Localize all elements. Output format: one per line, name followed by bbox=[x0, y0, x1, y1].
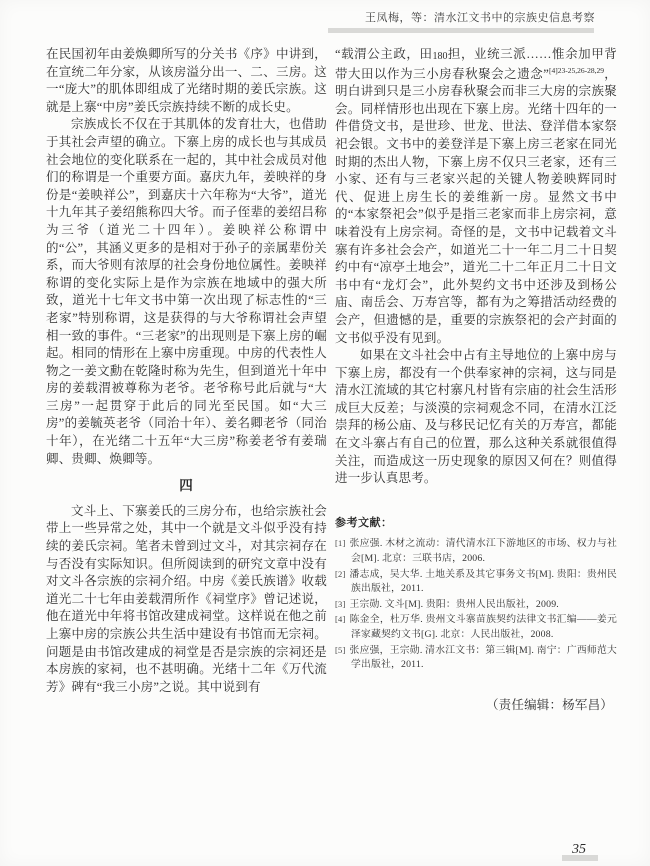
reference-item: [3]王宗勋. 文斗[M]. 贵阳：贵州人民出版社，2009. bbox=[335, 597, 617, 613]
reference-label: [1] bbox=[335, 538, 346, 548]
header-rule bbox=[328, 28, 594, 33]
reference-text: 张应强. 木材之流动：清代清水江下游地区的市场、权力与社会[M]. 北京：三联书… bbox=[350, 538, 617, 564]
reference-item: [1]张应强. 木材之流动：清代清水江下游地区的市场、权力与社会[M]. 北京：… bbox=[335, 536, 617, 566]
quote-field-number: 180 bbox=[433, 51, 448, 62]
editor-note: （责任编辑：杨军昌） bbox=[335, 697, 617, 715]
reference-item: [2]潘志成，吴大华. 土地关系及其它事务文书[M]. 贵阳：贵州民族出版社，2… bbox=[335, 567, 617, 597]
left-column: 在民国初年由姜焕卿所写的分关书《序》中讲到，在宣统二年分家，从该房溢分出一、二、… bbox=[46, 46, 327, 696]
reference-text: 王宗勋. 文斗[M]. 贵阳：贵州人民出版社，2009. bbox=[350, 599, 559, 610]
reference-label: [2] bbox=[335, 569, 346, 579]
running-title: 王凤梅，等：清水江文书中的宗族史信息考察 bbox=[365, 12, 595, 24]
reference-label: [5] bbox=[335, 645, 346, 655]
reference-text: 潘志成，吴大华. 土地关系及其它事务文书[M]. 贵阳：贵州民族出版社，2011… bbox=[350, 569, 617, 595]
reference-text: 陈金全，杜万华. 贵州文斗寨苗族契约法律文书汇编——姜元泽家藏契约文书[G]. … bbox=[350, 614, 617, 640]
section-heading-four: 四 bbox=[46, 477, 327, 495]
paragraph-continuation: 在民国初年由姜焕卿所写的分关书《序》中讲到，在宣统二年分家，从该房溢分出一、二、… bbox=[46, 46, 327, 116]
reference-label: [3] bbox=[335, 599, 346, 609]
page-number: 35 bbox=[560, 842, 598, 858]
reference-label: [4] bbox=[335, 614, 346, 624]
quote-text-before-number: “载渭公主政，田 bbox=[335, 47, 433, 61]
running-header: 王凤梅，等：清水江文书中的宗族史信息考察 bbox=[330, 9, 595, 25]
paragraph-quote: “载渭公主政，田180担，业统三派……惟余加甲背带大田以作为三小房春秋聚会之遗念… bbox=[335, 46, 617, 347]
references-section: 参考文献： [1]张应强. 木材之流动：清代清水江下游地区的市场、权力与社会[M… bbox=[335, 515, 617, 673]
paragraph-conclusion: 如果在文斗社会中占有主导地位的上寨中房与下寨上房，都没有一个供奉家神的宗祠，这与… bbox=[335, 347, 617, 488]
citation-superscript: [4]23-25,26-28,29 bbox=[549, 65, 604, 74]
paragraph-clan-growth: 宗族成长不仅在于其肌体的发育壮大，也借助于其社会声望的确立。下寨上房的成长也与其… bbox=[46, 116, 327, 468]
paragraph-ancestral-hall: 文斗上、下寨姜氏的三房分布，也给宗族社会带上一些异常之处，其中一个就是文斗似乎没… bbox=[46, 503, 327, 697]
reference-item: [4]陈金全，杜万华. 贵州文斗寨苗族契约法律文书汇编——姜元泽家藏契约文书[G… bbox=[335, 612, 617, 642]
reference-text: 张应强，王宗勋. 清水江文书：第三辑[M]. 南宁：广西师范大学出版社，2011… bbox=[350, 645, 617, 671]
reference-item: [5]张应强，王宗勋. 清水江文书：第三辑[M]. 南宁：广西师范大学出版社，2… bbox=[335, 643, 617, 673]
references-heading: 参考文献： bbox=[335, 515, 617, 533]
journal-page: 王凤梅，等：清水江文书中的宗族史信息考察 在民国初年由姜焕卿所写的分关书《序》中… bbox=[0, 0, 650, 866]
paragraph-quote-rest: ，明白讲到只是三小房春秋聚会而非三大房的宗族聚会。同样情形也出现在下寨上房。光绪… bbox=[335, 67, 617, 345]
right-column: “载渭公主政，田180担，业统三派……惟余加甲背带大田以作为三小房春秋聚会之遗念… bbox=[335, 46, 617, 714]
